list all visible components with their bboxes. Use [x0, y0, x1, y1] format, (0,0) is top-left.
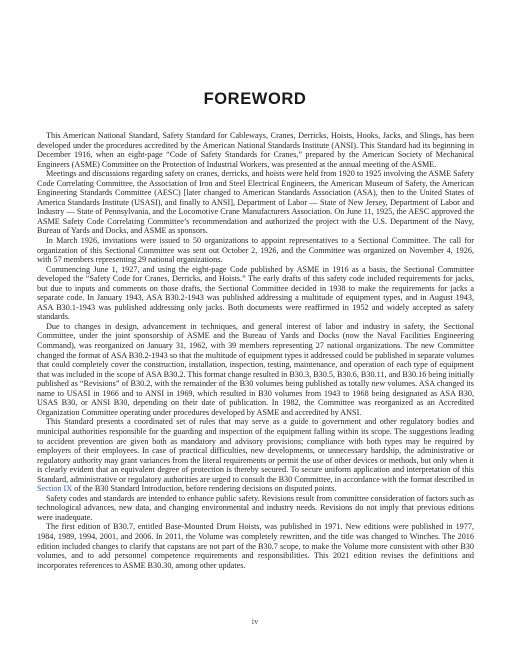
section-ix-link[interactable]: Section IX: [37, 484, 72, 493]
foreword-body: This American National Standard, Safety …: [37, 131, 474, 570]
paragraph-standard-purpose-post: of the B30 Standard Introduction, before…: [72, 484, 336, 493]
paragraph-revisions-policy: Safety codes and standards are intended …: [37, 494, 474, 523]
paragraph-standard-purpose: This Standard presents a coordinated set…: [37, 417, 474, 493]
paragraph-standard-purpose-pre: This Standard presents a coordinated set…: [37, 417, 474, 483]
page-number: iv: [0, 617, 510, 626]
page-title: FOREWORD: [0, 90, 510, 109]
paragraph-safety-code-1927: Commencing June 1, 1927, and using the e…: [37, 265, 474, 322]
paragraph-sectional-committee-1926: In March 1926, invitations were issued t…: [37, 236, 474, 265]
paragraph-meetings-1920s: Meetings and discussions regarding safet…: [37, 169, 474, 236]
paragraph-reorganization-1962: Due to changes in design, advancement in…: [37, 322, 474, 417]
paragraph-edition-history: The first edition of B30.7, entitled Bas…: [37, 522, 474, 570]
paragraph-history-origin: This American National Standard, Safety …: [37, 131, 474, 169]
document-page: FOREWORD This American National Standard…: [0, 0, 510, 660]
